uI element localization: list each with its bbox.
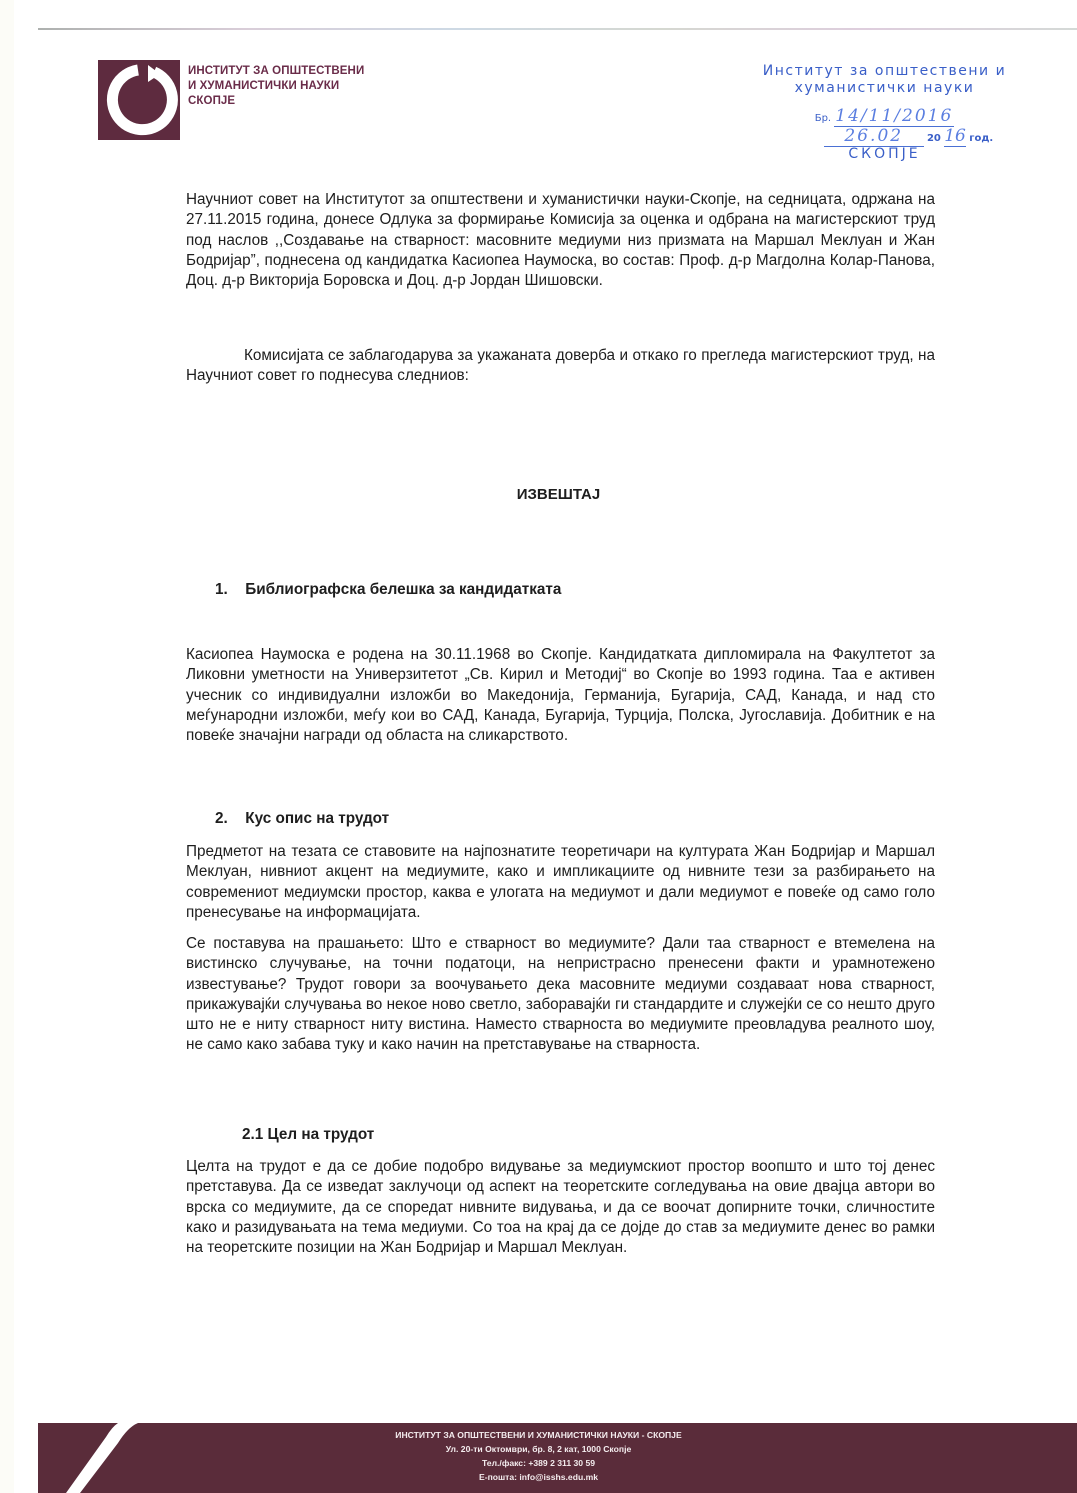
stamp-date-row: 26.02 20 16 год. — [742, 126, 1027, 146]
stamp-year-suffix: год. — [969, 133, 993, 144]
footer-institute-name: ИНСТИТУТ ЗА ОПШТЕСТВЕНИ И ХУМАНИСТИЧКИ Н… — [0, 1428, 1077, 1442]
report-title: ИЗВЕШТАЈ — [0, 486, 1077, 503]
scan-edge-line — [38, 28, 1077, 30]
stamp-number-row: Бр. 14/11/2016 — [742, 106, 1027, 126]
institute-name-line-2: И ХУМАНИСТИЧКИ НАУКИ — [188, 79, 364, 94]
section-1-number: 1. — [215, 581, 241, 599]
section-2-1-paragraph: Целта на трудот е да се добие подобро ви… — [186, 1157, 935, 1258]
stamp-number-field: 14/11/2016 — [834, 106, 954, 127]
ring-arrow-icon — [98, 60, 180, 140]
institute-logo — [98, 60, 180, 140]
registry-stamp: Институт за општествени и хуманистички н… — [742, 63, 1027, 162]
institute-name-line-3: СКОПЈЕ — [188, 94, 364, 109]
stamp-year-field: 16 — [944, 126, 966, 147]
institute-name-line-1: ИНСТИТУТ ЗА ОПШТЕСТВЕНИ — [188, 64, 364, 79]
stamp-date-value: 26.02 — [844, 126, 903, 146]
stamp-city: СКОПЈЕ — [742, 146, 1027, 162]
institute-name: ИНСТИТУТ ЗА ОПШТЕСТВЕНИ И ХУМАНИСТИЧКИ Н… — [188, 64, 364, 109]
stamp-date-field: 26.02 — [824, 126, 924, 147]
stamp-year-prefix: 20 — [927, 133, 941, 144]
section-2-1-heading: 2.1 Цел на трудот — [242, 1126, 374, 1144]
section-2-1-number: 2.1 — [242, 1126, 263, 1143]
footer-contact: ИНСТИТУТ ЗА ОПШТЕСТВЕНИ И ХУМАНИСТИЧКИ Н… — [0, 1428, 1077, 1484]
stamp-year-value: 16 — [944, 126, 966, 146]
stamp-number-value: 14/11/2016 — [835, 106, 953, 126]
section-2-1-title: Цел на трудот — [268, 1126, 375, 1143]
footer-phone: Тел./факс: +389 2 311 30 59 — [0, 1456, 1077, 1470]
section-2-paragraph-1: Предметот на тезата се ставовите на најп… — [186, 842, 935, 923]
stamp-line-1: Институт за општествени и — [742, 63, 1027, 80]
stamp-number-label: Бр. — [815, 113, 831, 124]
section-1-heading: 1. Библиографска белешка за кандидатката — [215, 581, 561, 599]
section-2-number: 2. — [215, 810, 241, 828]
intro-paragraph-2: Комисијата се заблагодарува за укажаната… — [186, 346, 935, 387]
section-2-heading: 2. Кус опис на трудот — [215, 810, 389, 828]
footer-address: Ул. 20-ти Октомври, бр. 8, 2 кат, 1000 С… — [0, 1442, 1077, 1456]
section-1-title: Библиографска белешка за кандидатката — [245, 581, 561, 598]
stamp-line-2: хуманистички науки — [742, 80, 1027, 97]
section-2-title: Кус опис на трудот — [245, 810, 389, 827]
intro-paragraph-1: Научниот совет на Институтот за општеств… — [186, 190, 935, 291]
footer-email: Е-пошта: info@isshs.edu.mk — [0, 1470, 1077, 1484]
section-2-paragraph-2: Се поставува на прашањето: Што е стварно… — [186, 934, 935, 1056]
section-1-paragraph: Касиопеа Наумоска е родена на 30.11.1968… — [186, 645, 935, 746]
scan-margin — [0, 0, 14, 1493]
